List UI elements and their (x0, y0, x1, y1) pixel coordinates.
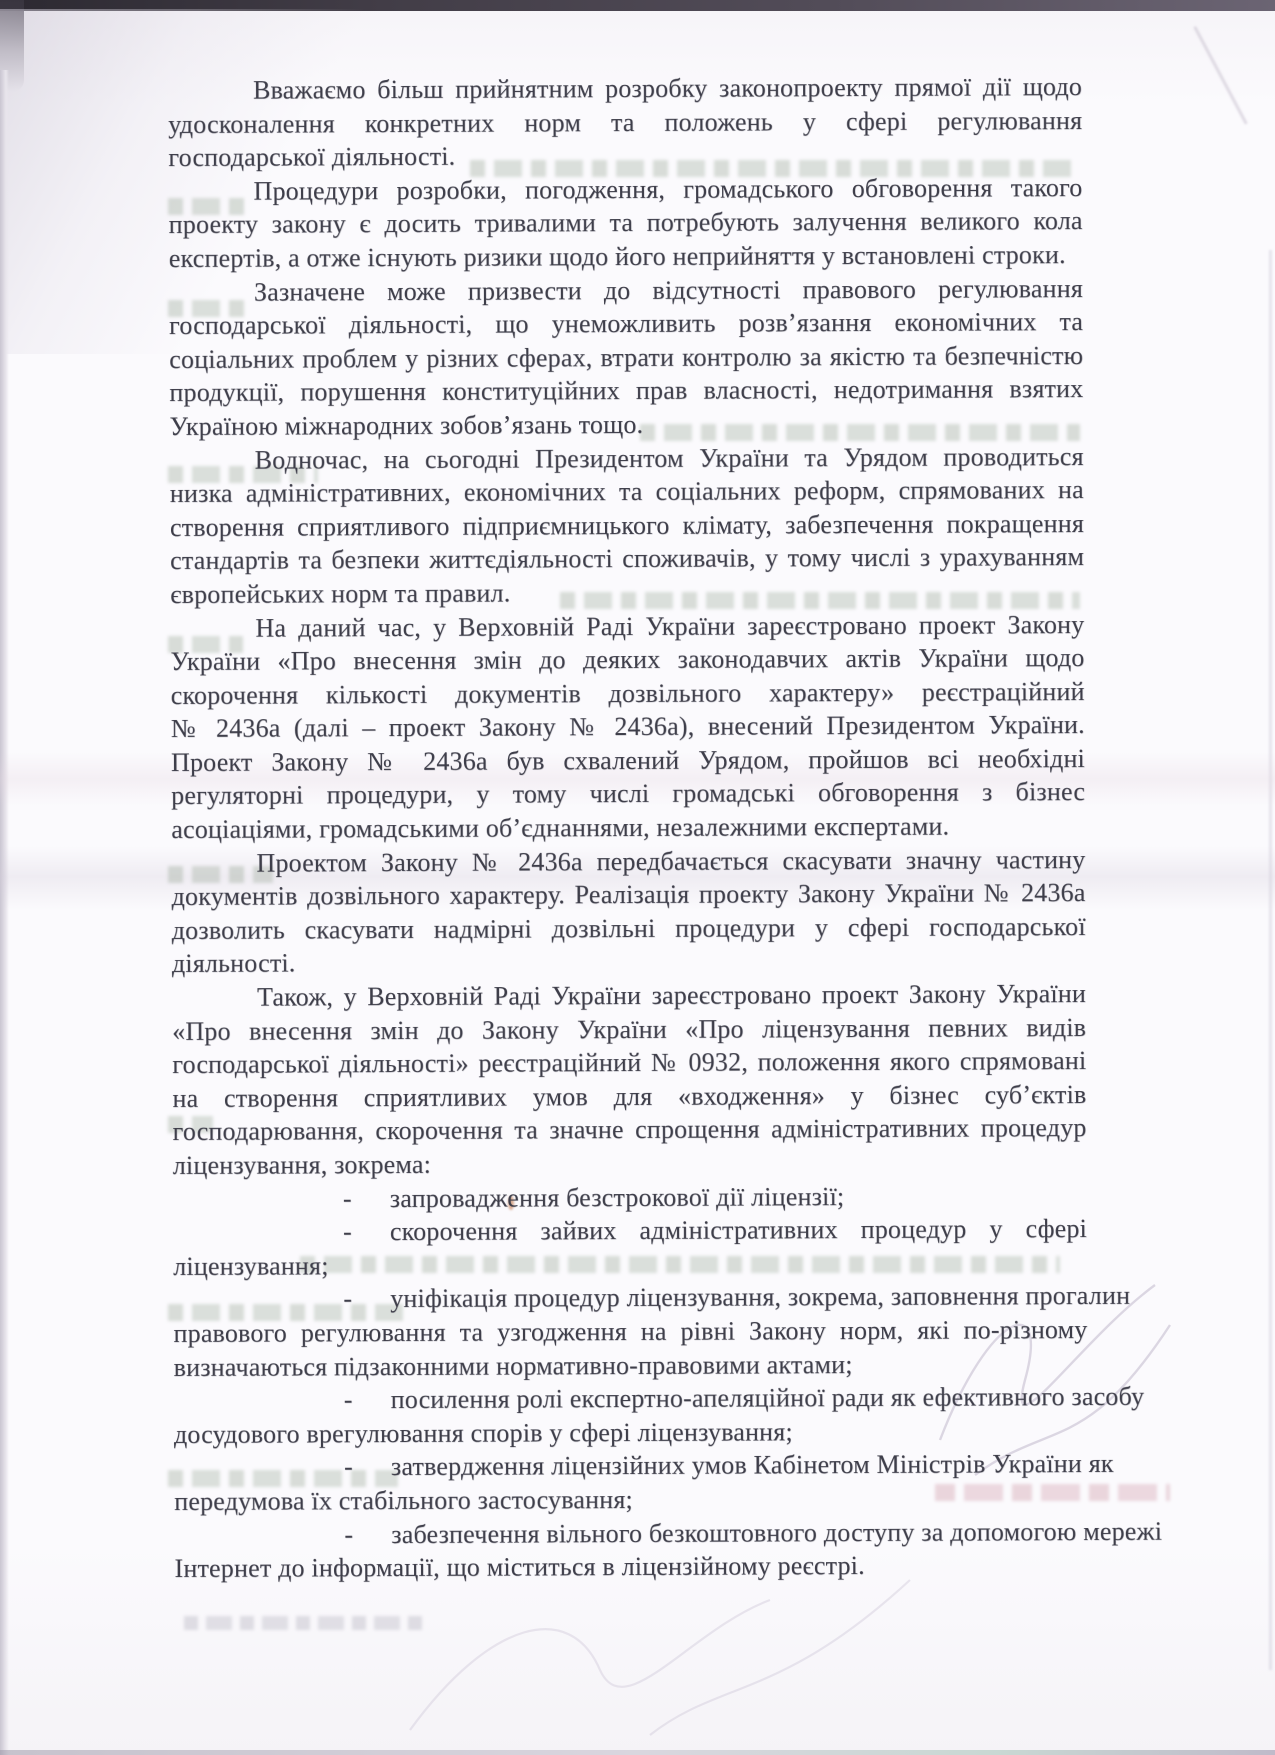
text-line: ліцензування; (173, 1246, 1087, 1284)
text-line: діяльності. (172, 943, 1086, 981)
text-line: господарської діяльності» реєстраційний … (172, 1044, 1086, 1082)
text-line: експертів, а отже існують ризики щодо йо… (169, 238, 1083, 276)
text-line: Зазначене може призвести до відсутності … (169, 272, 1083, 310)
text-line: стандартів та безпеки життєдіяльності сп… (170, 540, 1084, 578)
text-line: європейських норм та правил. (170, 574, 1084, 612)
text-line: досудового врегулювання спорів у сфері л… (174, 1414, 1088, 1452)
text-line: дозволить скасувати надмірні дозвільні п… (172, 910, 1086, 948)
list-item-text: посилення ролі експертно-апеляційної рад… (391, 1382, 1145, 1414)
text-line: Інтернет до інформації, що міститься в л… (174, 1548, 1088, 1586)
text-line: на створення сприятливих умов для «входж… (172, 1078, 1086, 1116)
text-line: -скорочення зайвих адміністративних проц… (173, 1212, 1087, 1250)
text-line: соціальних проблем у різних сферах, втра… (169, 339, 1083, 377)
list-dash: - (259, 1383, 353, 1417)
text-line: низка адміністративних, економічних та с… (170, 473, 1084, 511)
text-line: проекту закону є досить тривалими та пот… (169, 204, 1083, 242)
page-edge-right (1269, 250, 1272, 1670)
scanner-edge-left (0, 70, 9, 1755)
text-line: визначаються підзаконними нормативно-пра… (174, 1347, 1088, 1385)
text-line: правового регулювання та узгодження на р… (173, 1313, 1087, 1351)
text-line: передумова їх стабільного застосування; (174, 1481, 1088, 1519)
text-line: -запровадження безстрокової дії ліцензії… (173, 1179, 1087, 1217)
text-line: регуляторні процедури, у тому числі гром… (171, 775, 1085, 813)
text-line: України «Про внесення змін до деяких зак… (170, 641, 1084, 679)
text-line: скорочення кількості документів дозвільн… (171, 675, 1085, 713)
text-line: Проектом Закону № 2436а передбачається с… (171, 843, 1085, 881)
text-line: господарської діяльності. (168, 137, 1082, 175)
page-crease-top-right (1193, 26, 1247, 125)
bleedthrough-footer (184, 1616, 429, 1630)
text-line: № 2436а (далі – проект Закону № 2436а), … (171, 708, 1085, 746)
scanner-edge-bottom (0, 1750, 1275, 1755)
list-dash: - (259, 1451, 353, 1485)
list-item-text: забезпечення вільного безкоштовного дост… (391, 1516, 1162, 1548)
text-line: Водночас, на сьогодні Президентом Україн… (170, 440, 1084, 478)
text-line: удосконалення конкретних норм та положен… (168, 104, 1082, 142)
text-line: ліцензування, зокрема: (173, 1145, 1087, 1183)
list-dash: - (258, 1182, 352, 1216)
list-item-text: запровадження безстрокової дії ліцензії; (390, 1182, 845, 1213)
document-body: Вважаємо більш прийнятним розробку закон… (168, 70, 1089, 1586)
list-dash: - (258, 1215, 352, 1249)
list-dash: - (258, 1283, 352, 1317)
text-line: господарської діяльності, що унеможливит… (169, 305, 1083, 343)
text-line: Проект Закону № 2436а був схвалений Уряд… (171, 742, 1085, 780)
text-line: створення сприятливого підприємницького … (170, 507, 1084, 545)
text-line: «Про внесення змін до Закону України «Пр… (172, 1011, 1086, 1049)
text-line: асоціаціями, громадськими об’єднаннями, … (171, 809, 1085, 847)
text-line: -затвердження ліцензійних умов Кабінетом… (174, 1447, 1088, 1485)
text-line: Також, у Верховній Раді України зареєстр… (172, 977, 1086, 1015)
list-item-text: затвердження ліцензійних умов Кабінетом … (391, 1449, 1114, 1481)
list-item-text: уніфікація процедур ліцензування, зокрем… (390, 1281, 1130, 1313)
text-line: продукції, порушення конституційних прав… (169, 372, 1083, 410)
text-line: Україною міжнародних зобов’язань тощо. (169, 406, 1083, 444)
text-line: Вважаємо більш прийнятним розробку закон… (168, 70, 1082, 108)
text-line: господарювання, скорочення та значне спр… (173, 1111, 1087, 1149)
text-line: документів дозвільного характеру. Реаліз… (172, 876, 1086, 914)
text-line: -забезпечення вільного безкоштовного дос… (174, 1515, 1088, 1553)
text-line: На даний час, у Верховній Раді України з… (170, 608, 1084, 646)
scanned-page: Вважаємо більш прийнятним розробку закон… (0, 0, 1275, 1755)
text-line: -уніфікація процедур ліцензування, зокре… (173, 1279, 1087, 1317)
list-item-text: скорочення зайвих адміністративних проце… (390, 1214, 1087, 1246)
text-line: -посилення ролі експертно-апеляційної ра… (174, 1380, 1088, 1418)
text-line: Процедури розробки, погодження, громадсь… (168, 171, 1082, 209)
list-dash: - (259, 1518, 353, 1552)
